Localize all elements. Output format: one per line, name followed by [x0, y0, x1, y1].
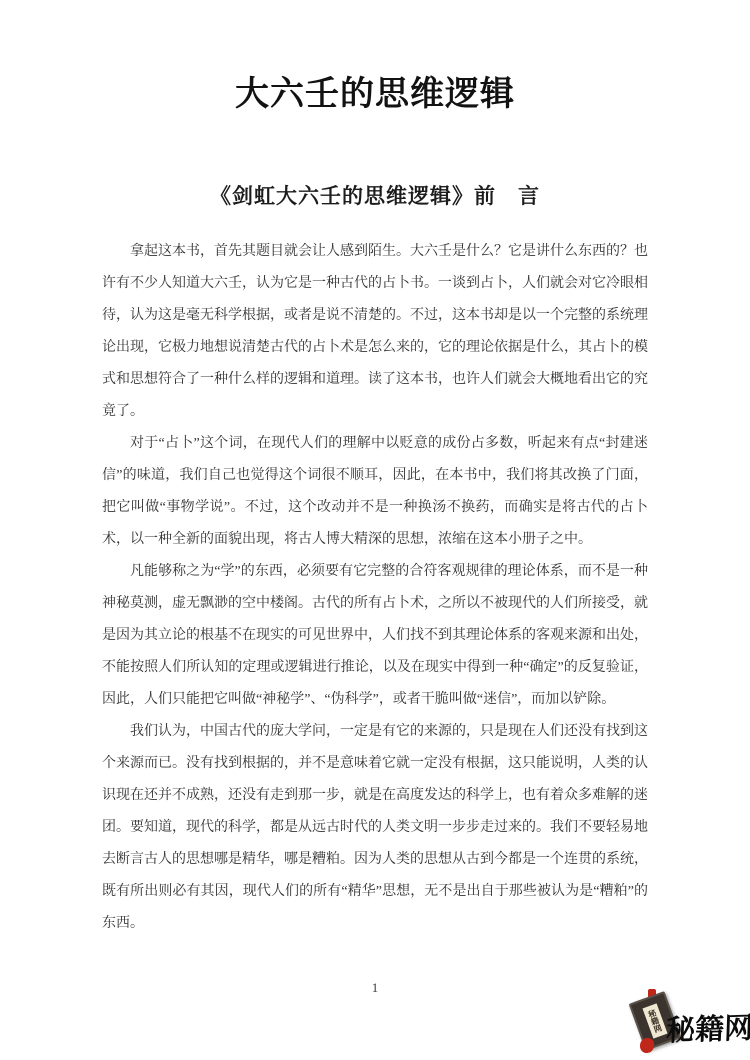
paragraph-2: 对于“占卜”这个词，在现代人们的理解中以贬意的成份占多数，听起来有点“封建迷信”… [102, 428, 648, 556]
paragraph-3: 凡能够称之为“学”的东西，必须要有它完整的合符客观规律的理论体系，而不是一种神秘… [102, 556, 648, 716]
book-spine-label: 秘籍网 [642, 1003, 667, 1038]
paragraph-4: 我们认为，中国古代的庞大学问，一定是有它的来源的，只是现在人们还没有找到这个来源… [102, 716, 648, 940]
preface-heading: 《剑虹大六壬的思维逻辑》前 言 [0, 182, 750, 210]
watermark-site-name: 秘籍网 [666, 1014, 750, 1046]
page-title: 大六壬的思维逻辑 [0, 0, 750, 116]
watermark-logo: 秘籍网 秘籍网 [622, 986, 750, 1060]
document-page: 大六壬的思维逻辑 《剑虹大六壬的思维逻辑》前 言 拿起这本书，首先其题目就会让人… [0, 0, 750, 1060]
body-text: 拿起这本书，首先其题目就会让人感到陌生。大六壬是什么？它是讲什么东西的？也许有不… [102, 236, 648, 940]
red-seal-icon [640, 1038, 654, 1053]
paragraph-1: 拿起这本书，首先其题目就会让人感到陌生。大六壬是什么？它是讲什么东西的？也许有不… [102, 236, 648, 428]
